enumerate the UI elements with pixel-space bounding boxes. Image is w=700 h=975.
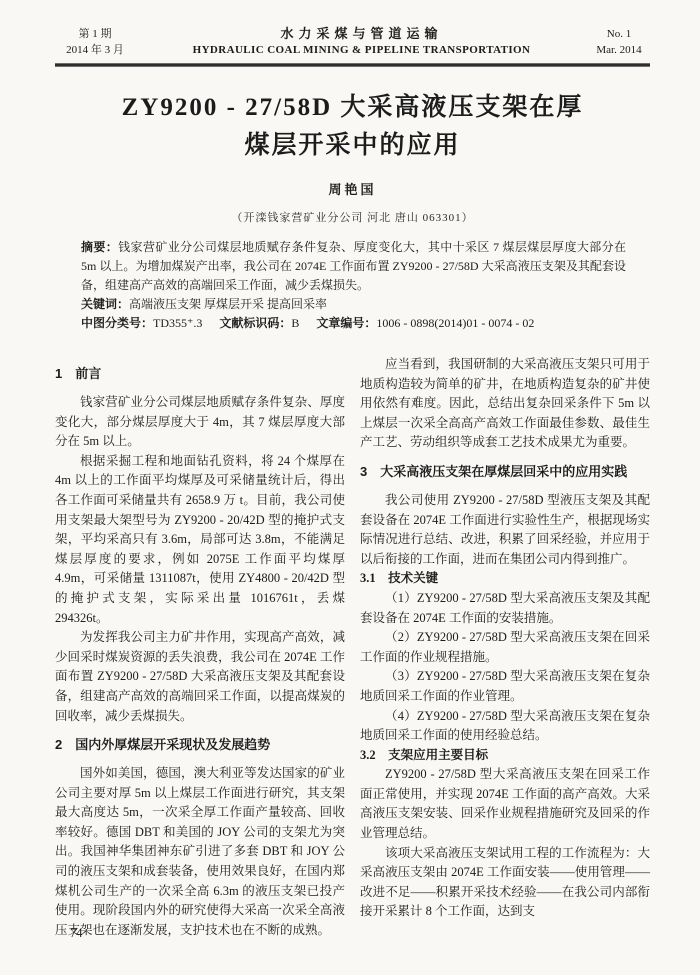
paragraph: 国外如美国，德国，澳大利亚等发达国家的矿业公司主要对厚 5m 以上煤层工作面进行… — [55, 764, 345, 940]
list-item-paragraph: （1）ZY9200 - 27/58D 型大采高液压支架及其配套设备在 2074E… — [360, 589, 650, 628]
right-column: 应当看到，我国研制的大采高液压支架只可用于地质构造较为简单的矿井，在地质构造复杂… — [360, 355, 650, 940]
meta-line: 中图分类号：TD355⁺.3 文献标识码：B 文章编号：1006 - 0898(… — [81, 314, 626, 333]
paragraph: 该项大采高液压支架试用工程的工作流程为：大采高液压支架由 2074E 工作面安装… — [360, 844, 650, 922]
body-columns: 1 前言 钱家营矿业分公司煤层地质赋存条件复杂、厚度变化大，部分煤层厚度大于 4… — [55, 355, 650, 940]
keywords-line: 关键词：高端液压支架 厚煤层开采 提高回采率 — [81, 295, 626, 314]
paragraph: 我公司使用 ZY9200 - 27/58D 型液压支架及其配套设备在 2074E… — [360, 491, 650, 569]
section-heading-1: 1 前言 — [55, 364, 345, 384]
doc-code-value: B — [291, 316, 299, 330]
keywords-text: 高端液压支架 厚煤层开采 提高回采率 — [129, 297, 327, 311]
article-title: ZY9200 - 27/58D 大采高液压支架在厚 煤层开采中的应用 — [55, 89, 650, 165]
journal-title-cn: 水力采煤与管道运输 — [193, 26, 531, 42]
paragraph: ZY9200 - 27/58D 型大采高液压支架在回采工作面正常使用，并实现 2… — [360, 765, 650, 843]
journal-title-en: HYDRAULIC COAL MINING & PIPELINE TRANSPO… — [193, 42, 531, 58]
list-item-paragraph: （3）ZY9200 - 27/58D 型大采高液压支架在复杂地质回采工作面的作业… — [360, 667, 650, 706]
article-title-line2: 煤层开采中的应用 — [55, 127, 650, 165]
subsection-heading-3-1: 3.1 技术关键 — [360, 569, 650, 589]
author-name: 周艳国 — [55, 179, 650, 198]
issue-date-en: Mar. 2014 — [588, 42, 650, 58]
page-number: 74 — [70, 926, 83, 941]
clc-value: TD355⁺.3 — [153, 316, 202, 330]
paragraph: 钱家营矿业分公司煤层地质赋存条件复杂、厚度变化大，部分煤层厚度大于 4m，其 7… — [55, 393, 345, 452]
issue-number-en: No. 1 — [588, 26, 650, 42]
doc-code: 文献标识码：B — [219, 316, 299, 330]
paragraph: 应当看到，我国研制的大采高液压支架只可用于地质构造较为简单的矿井，在地质构造复杂… — [360, 355, 650, 453]
abstract-block: 摘要：钱家营矿业分公司煤层地质赋存条件复杂、厚度变化大，其中十采区 7 煤层煤层… — [81, 238, 626, 333]
keywords-label: 关键词： — [81, 297, 129, 311]
issue-date-cn: 2014 年 3 月 — [55, 42, 135, 58]
abstract-label: 摘要： — [81, 240, 118, 254]
doc-code-label: 文献标识码： — [219, 316, 291, 330]
article-title-line1: ZY9200 - 27/58D 大采高液压支架在厚 — [55, 89, 650, 127]
header-journal-block: 水力采煤与管道运输 HYDRAULIC COAL MINING & PIPELI… — [193, 26, 531, 58]
header-issue-en-block: No. 1 Mar. 2014 — [588, 26, 650, 58]
article-id-value: 1006 - 0898(2014)01 - 0074 - 02 — [376, 316, 534, 330]
article-id: 文章编号：1006 - 0898(2014)01 - 0074 - 02 — [316, 316, 534, 330]
section-heading-2: 2 国内外厚煤层开采现状及发展趋势 — [55, 735, 345, 755]
section-heading-3: 3 大采高液压支架在厚煤层回采中的应用实践 — [360, 462, 650, 482]
paragraph: 为发挥我公司主力矿井作用，实现高产高效，减少回采时煤炭资源的丢失浪费，我公司在 … — [55, 628, 345, 726]
list-item-paragraph: （4）ZY9200 - 27/58D 型大采高液压支架在复杂地质回采工作面的使用… — [360, 707, 650, 746]
header-divider-rule — [55, 63, 650, 67]
clc-number: 中图分类号：TD355⁺.3 — [81, 316, 202, 330]
issue-number-cn: 第 1 期 — [55, 26, 135, 42]
header-issue-block: 第 1 期 2014 年 3 月 — [55, 26, 135, 58]
clc-label: 中图分类号： — [81, 316, 153, 330]
journal-page: 第 1 期 2014 年 3 月 水力采煤与管道运输 HYDRAULIC COA… — [0, 0, 700, 975]
author-affiliation: （开滦钱家营矿业分公司 河北 唐山 063301） — [55, 209, 650, 225]
left-column: 1 前言 钱家营矿业分公司煤层地质赋存条件复杂、厚度变化大，部分煤层厚度大于 4… — [55, 355, 345, 940]
list-item-paragraph: （2）ZY9200 - 27/58D 型大采高液压支架在回采工作面的作业规程措施… — [360, 628, 650, 667]
abstract-paragraph: 摘要：钱家营矿业分公司煤层地质赋存条件复杂、厚度变化大，其中十采区 7 煤层煤层… — [81, 238, 626, 295]
journal-header: 第 1 期 2014 年 3 月 水力采煤与管道运输 HYDRAULIC COA… — [55, 26, 650, 58]
abstract-text: 钱家营矿业分公司煤层地质赋存条件复杂、厚度变化大，其中十采区 7 煤层煤层厚度大… — [81, 240, 626, 292]
subsection-heading-3-2: 3.2 支架应用主要目标 — [360, 746, 650, 766]
article-id-label: 文章编号： — [316, 316, 376, 330]
paragraph: 根据采掘工程和地面钻孔资料，将 24 个煤厚在 4m 以上的工作面平均煤厚及可采… — [55, 452, 345, 628]
